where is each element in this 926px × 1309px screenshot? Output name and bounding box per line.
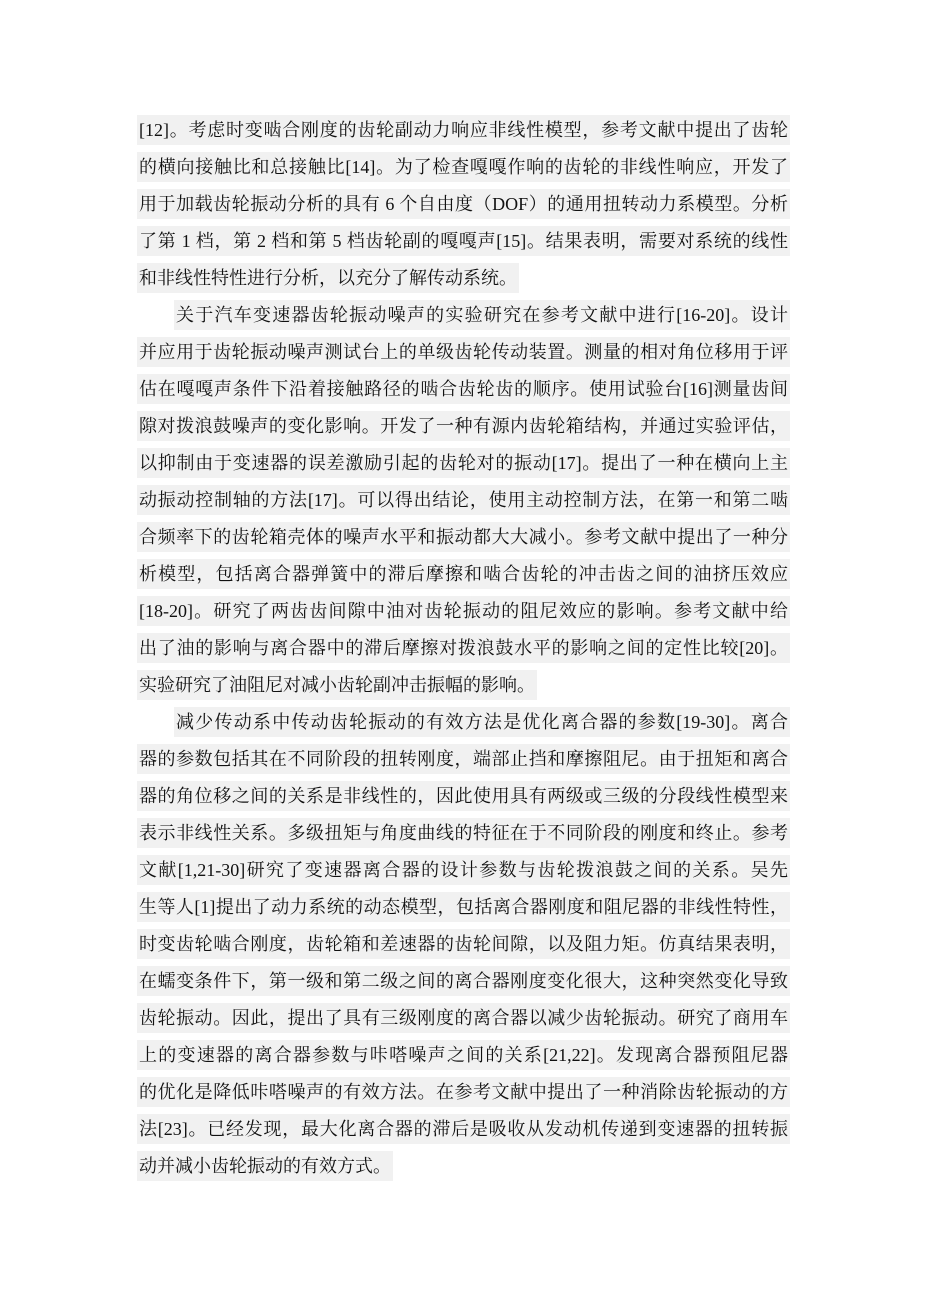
text-line: 动振动控制轴的方法[17]。可以得出结论，使用主动控制方法，在第一和第二啮 [137,482,790,519]
text-line: 器的参数包括其在不同阶段的扭转刚度，端部止挡和摩擦阻尼。由于扭矩和离合 [137,741,790,778]
text-line: [18-20]。研究了两齿齿间隙中油对齿轮振动的阻尼效应的影响。参考文献中给 [137,593,790,630]
text-line-highlight: 实验研究了油阻尼对减小齿轮副冲击振幅的影响。 [137,670,537,700]
text-line-highlight: 在蠕变条件下，第一级和第二级之间的离合器刚度变化很大，这种突然变化导致 [137,966,790,996]
text-line-highlight: 用于加载齿轮振动分析的具有 6 个自由度（DOF）的通用扭转动力系模型。分析 [137,189,790,219]
text-line: [12]。考虑时变啮合刚度的齿轮副动力响应非线性模型，参考文献中提出了齿轮 [137,112,790,149]
text-line-highlight: 出了油的影响与离合器中的滞后摩擦对拨浪鼓水平的影响之间的定性比较[20]。 [137,633,790,663]
text-line: 表示非线性关系。多级扭矩与角度曲线的特征在于不同阶段的刚度和终止。参考 [137,815,790,852]
text-line-highlight: 法[23]。已经发现，最大化离合器的滞后是吸收从发动机传递到变速器的扭转振 [137,1114,790,1144]
text-line-highlight: 时变齿轮啮合刚度，齿轮箱和差速器的齿轮间隙，以及阻力矩。仿真结果表明， [137,929,790,959]
text-line-highlight: 减少传动系中传动齿轮振动的有效方法是优化离合器的参数[19-30]。离合 [174,707,790,737]
text-line-highlight: 上的变速器的离合器参数与咔嗒噪声之间的关系[21,22]。发现离合器预阻尼器 [137,1040,790,1070]
text-line: 上的变速器的离合器参数与咔嗒噪声之间的关系[21,22]。发现离合器预阻尼器 [137,1037,790,1074]
text-line-highlight: 估在嘎嘎声条件下沿着接触路径的啮合齿轮齿的顺序。使用试验台[16]测量齿间 [137,374,790,404]
text-line-highlight: 的优化是降低咔嗒噪声的有效方法。在参考文献中提出了一种消除齿轮振动的方 [137,1077,790,1107]
text-line: 法[23]。已经发现，最大化离合器的滞后是吸收从发动机传递到变速器的扭转振 [137,1111,790,1148]
text-line: 并应用于齿轮振动噪声测试台上的单级齿轮传动装置。测量的相对角位移用于评 [137,334,790,371]
text-line: 实验研究了油阻尼对减小齿轮副冲击振幅的影响。 [137,667,790,704]
text-line-highlight: 动振动控制轴的方法[17]。可以得出结论，使用主动控制方法，在第一和第二啮 [137,485,790,515]
text-line: 关于汽车变速器齿轮振动噪声的实验研究在参考文献中进行[16-20]。设计 [137,297,790,334]
text-line: 用于加载齿轮振动分析的具有 6 个自由度（DOF）的通用扭转动力系模型。分析 [137,186,790,223]
text-line-highlight: 了第 1 档，第 2 档和第 5 档齿轮副的嘎嘎声[15]。结果表明，需要对系统… [137,226,790,256]
text-line-highlight: 并应用于齿轮振动噪声测试台上的单级齿轮传动装置。测量的相对角位移用于评 [137,337,790,367]
text-line-highlight: 生等人[1]提出了动力系统的动态模型，包括离合器刚度和阻尼器的非线性特性， [137,892,790,922]
paragraph: [12]。考虑时变啮合刚度的齿轮副动力响应非线性模型，参考文献中提出了齿轮的横向… [137,112,790,297]
text-line: 生等人[1]提出了动力系统的动态模型，包括离合器刚度和阻尼器的非线性特性， [137,889,790,926]
text-line: 估在嘎嘎声条件下沿着接触路径的啮合齿轮齿的顺序。使用试验台[16]测量齿间 [137,371,790,408]
text-line-highlight: 关于汽车变速器齿轮振动噪声的实验研究在参考文献中进行[16-20]。设计 [174,300,790,330]
text-line: 以抑制由于变速器的误差激励引起的齿轮对的振动[17]。提出了一种在横向上主 [137,445,790,482]
text-line: 动并减小齿轮振动的有效方式。 [137,1148,790,1185]
text-line: 减少传动系中传动齿轮振动的有效方法是优化离合器的参数[19-30]。离合 [137,704,790,741]
document-page: [12]。考虑时变啮合刚度的齿轮副动力响应非线性模型，参考文献中提出了齿轮的横向… [0,0,926,1309]
text-line-highlight: 文献[1,21-30]研究了变速器离合器的设计参数与齿轮拨浪鼓之间的关系。吴先 [137,855,790,885]
text-line: 齿轮振动。因此，提出了具有三级刚度的离合器以减少齿轮振动。研究了商用车 [137,1000,790,1037]
text-line: 出了油的影响与离合器中的滞后摩擦对拨浪鼓水平的影响之间的定性比较[20]。 [137,630,790,667]
text-line: 的横向接触比和总接触比[14]。为了检查嘎嘎作响的齿轮的非线性响应，开发了 [137,149,790,186]
text-line: 器的角位移之间的关系是非线性的，因此使用具有两级或三级的分段线性模型来 [137,778,790,815]
text-line: 文献[1,21-30]研究了变速器离合器的设计参数与齿轮拨浪鼓之间的关系。吴先 [137,852,790,889]
text-line-highlight: 和非线性特性进行分析，以充分了解传动系统。 [137,263,519,293]
text-line: 时变齿轮啮合刚度，齿轮箱和差速器的齿轮间隙，以及阻力矩。仿真结果表明， [137,926,790,963]
text-line: 在蠕变条件下，第一级和第二级之间的离合器刚度变化很大，这种突然变化导致 [137,963,790,1000]
paragraph: 减少传动系中传动齿轮振动的有效方法是优化离合器的参数[19-30]。离合器的参数… [137,704,790,1185]
text-line: 的优化是降低咔嗒噪声的有效方法。在参考文献中提出了一种消除齿轮振动的方 [137,1074,790,1111]
text-line-highlight: 合频率下的齿轮箱壳体的噪声水平和振动都大大减小。参考文献中提出了一种分 [137,522,790,552]
document-text: [12]。考虑时变啮合刚度的齿轮副动力响应非线性模型，参考文献中提出了齿轮的横向… [137,112,790,1185]
paragraph: 关于汽车变速器齿轮振动噪声的实验研究在参考文献中进行[16-20]。设计并应用于… [137,297,790,704]
text-line: 和非线性特性进行分析，以充分了解传动系统。 [137,260,790,297]
text-line-highlight: 的横向接触比和总接触比[14]。为了检查嘎嘎作响的齿轮的非线性响应，开发了 [137,152,790,182]
text-line-highlight: 以抑制由于变速器的误差激励引起的齿轮对的振动[17]。提出了一种在横向上主 [137,448,790,478]
text-line: 隙对拨浪鼓噪声的变化影响。开发了一种有源内齿轮箱结构，并通过实验评估， [137,408,790,445]
text-line-highlight: 析模型，包括离合器弹簧中的滞后摩擦和啮合齿轮的冲击齿之间的油挤压效应 [137,559,790,589]
text-line-highlight: [18-20]。研究了两齿齿间隙中油对齿轮振动的阻尼效应的影响。参考文献中给 [137,596,790,626]
text-line: 析模型，包括离合器弹簧中的滞后摩擦和啮合齿轮的冲击齿之间的油挤压效应 [137,556,790,593]
text-line: 合频率下的齿轮箱壳体的噪声水平和振动都大大减小。参考文献中提出了一种分 [137,519,790,556]
text-line-highlight: 动并减小齿轮振动的有效方式。 [137,1151,393,1181]
text-line-highlight: 器的角位移之间的关系是非线性的，因此使用具有两级或三级的分段线性模型来 [137,781,790,811]
text-line-highlight: [12]。考虑时变啮合刚度的齿轮副动力响应非线性模型，参考文献中提出了齿轮 [137,115,790,145]
text-line-highlight: 器的参数包括其在不同阶段的扭转刚度，端部止挡和摩擦阻尼。由于扭矩和离合 [137,744,790,774]
text-line-highlight: 齿轮振动。因此，提出了具有三级刚度的离合器以减少齿轮振动。研究了商用车 [137,1003,790,1033]
text-line: 了第 1 档，第 2 档和第 5 档齿轮副的嘎嘎声[15]。结果表明，需要对系统… [137,223,790,260]
text-line-highlight: 表示非线性关系。多级扭矩与角度曲线的特征在于不同阶段的刚度和终止。参考 [137,818,790,848]
text-line-highlight: 隙对拨浪鼓噪声的变化影响。开发了一种有源内齿轮箱结构，并通过实验评估， [137,411,790,441]
